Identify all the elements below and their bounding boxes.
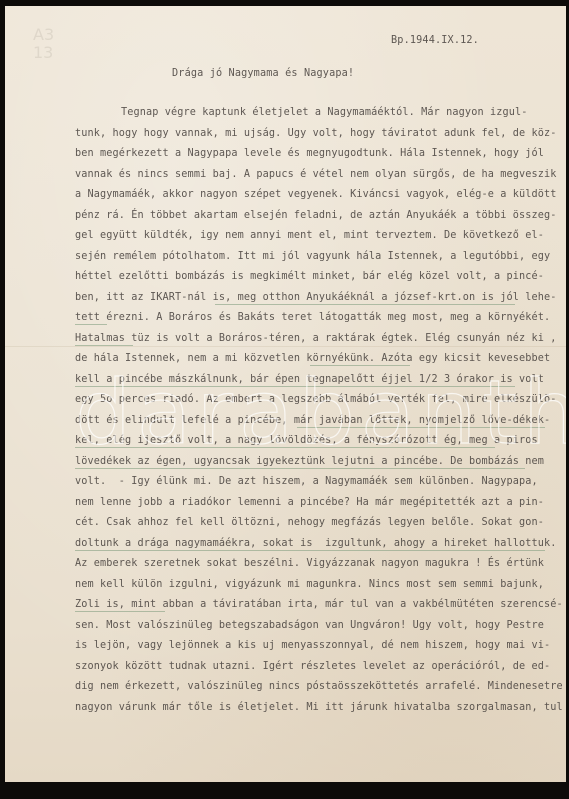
letter-body: Tegnap végre kaptunk életjelet a Nagymam… [75,106,563,721]
underline-mark [75,324,107,325]
letter-line: sején remélem pótolhatom. Itt mi jól vag… [75,250,563,271]
letter-line: sen. Most valószinüleg betegszabadságon … [75,619,563,640]
letter-line: dig nem érkezett, valószinüleg nincs pós… [75,680,563,701]
letter-line: szonyok között tudnak utazni. Igért rész… [75,660,563,681]
letter-line: de hála Istennek, nem a mi közvetlen kör… [75,352,563,373]
letter-line: lövedékek az égen, ugyancsak igyekeztünk… [75,455,563,476]
pencil-mark: A313 [33,26,54,62]
underline-mark [75,386,515,387]
letter-line: nem lenne jobb a riadókor lemenni a pinc… [75,496,563,517]
letter-line: tunk, hogy hogy vannak, mi ujság. Ugy vo… [75,127,563,148]
underline-mark [75,447,495,448]
letter-page: A313 Bp.1944.IX.12. Drága jó Nagymama és… [5,6,566,782]
letter-greeting: Drága jó Nagymama és Nagyapa! [172,68,354,79]
underline-mark [310,365,410,366]
letter-line: ben megérkezett a Nagypapa levele és meg… [75,147,563,168]
underline-mark [75,345,133,346]
letter-line: kell a pincébe mászkálnunk, bár épen teg… [75,373,563,394]
letter-line: nagyon várunk már tőle is életjelet. Mi … [75,701,563,722]
letter-line: Tegnap végre kaptunk életjelet a Nagymam… [75,106,563,127]
letter-line: Az emberek szeretnek sokat beszélni. Vig… [75,557,563,578]
underline-mark [75,468,525,469]
underline-mark [297,427,545,428]
letter-date: Bp.1944.IX.12. [391,35,479,46]
letter-line: cét. Csak ahhoz fel kell öltözni, nehogy… [75,516,563,537]
letter-line: egy 5o perces riadó. Az embert a legszeb… [75,393,563,414]
letter-line: dött és elindult lefelé a pincébe, már j… [75,414,563,435]
letter-line: nem kell külön izgulni, vigyázunk mi mag… [75,578,563,599]
letter-line: a Nagymamáék, akkor nagyon szépet vegyen… [75,188,563,209]
letter-line: doltunk a drága nagymamáékra, sokat is i… [75,537,563,558]
letter-line: ben, itt az IKART-nál is, meg otthon Any… [75,291,563,312]
letter-line: kel, elég ijesztő volt, a nagy lövöldözé… [75,434,563,455]
letter-line: is lejön, vagy lejönnek a kis uj menyass… [75,639,563,660]
underline-mark [215,304,515,305]
letter-line: Hatalmas tüz is volt a Boráros-téren, a … [75,332,563,353]
underline-mark [75,611,165,612]
letter-line: tett érezni. A Boráros és Bakáts teret l… [75,311,563,332]
letter-line: vannak és nincs semmi baj. A papucs é vé… [75,168,563,189]
letter-line: volt. - Igy élünk mi. De azt hiszem, a N… [75,475,563,496]
letter-line: pénz rá. Én többet akartam elsején felad… [75,209,563,230]
letter-line: Zoli is, mint abban a táviratában irta, … [75,598,563,619]
underline-mark [75,550,545,551]
letter-line: héttel ezelőtti bombázás is megkimélt mi… [75,270,563,291]
letter-line: gel együtt küldték, igy nem annyi ment e… [75,229,563,250]
